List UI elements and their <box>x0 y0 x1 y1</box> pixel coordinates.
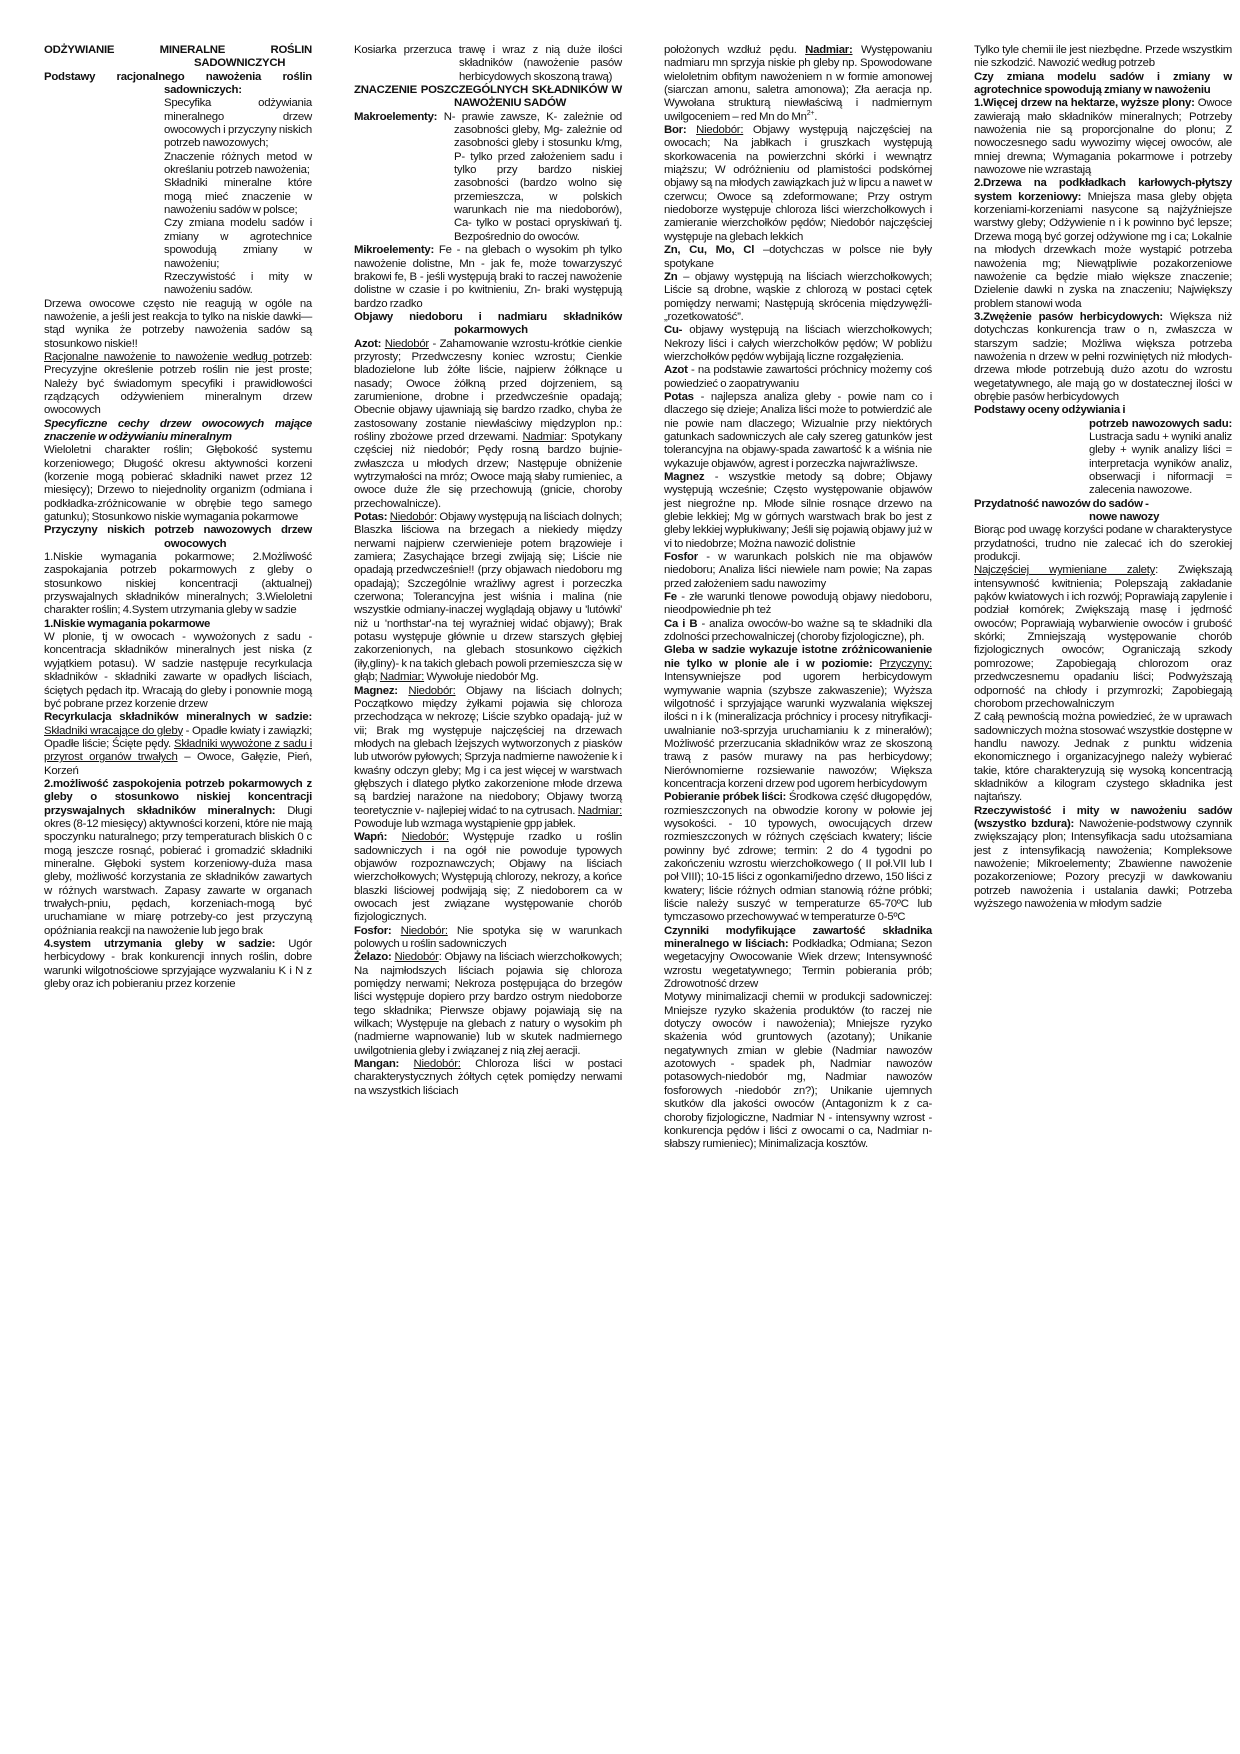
iron-assessment-label: Fe <box>664 591 677 603</box>
certainty-paragraph: Z całą pewnością można powiedzieć, że w … <box>974 711 1232 804</box>
magnesium-excess-label: Nadmiar: <box>578 805 622 817</box>
microelements-paragraph: Mikroelementy: Fe - na glebach o wysokim… <box>354 244 622 311</box>
document-page: ODŻYWIANIE MINERALNE ROŚLIN SADOWNICZYCH… <box>44 44 1194 1724</box>
manganese-label: Mangan: <box>354 1058 399 1070</box>
possibility-heading: 2.możliwość zaspokojenia potrzeb pokarmo… <box>44 778 312 817</box>
potassium-label: Potas: <box>354 511 387 523</box>
myths-text: Nawożenie-podstwowy czynnik zwiększający… <box>974 818 1232 910</box>
potassium-assessment-label: Potas <box>664 391 694 403</box>
recycling-paragraph: Recyrkulacja składników mineralnych w sa… <box>44 711 312 778</box>
assessment-rest: potrzeb nawozowych sadu: <box>1089 418 1232 430</box>
calcium-deficiency-label: Niedobór: <box>402 831 449 843</box>
soil-system-heading: 4.system utrzymania gleby w sadzie: <box>44 938 275 950</box>
zinc-label: Zn <box>664 271 677 283</box>
leaf-sampling-paragraph: Pobieranie próbek liści: Środkowa część … <box>664 791 932 924</box>
potassium-paragraph: Potas: Niedobór: Objawy występują na liś… <box>354 511 622 684</box>
basics-item: Specyfika odżywiania mineralnego drzew o… <box>164 97 312 150</box>
soil-system-paragraph: 4.system utrzymania gleby w sadzie: Ugór… <box>44 938 312 991</box>
change-heading: Czy zmiana modelu sadów i zmiany w agrot… <box>974 71 1232 98</box>
paragraph-rational: Racjonalne nawożenie to nawożenie według… <box>44 351 312 418</box>
document-title: ODŻYWIANIE MINERALNE ROŚLIN SADOWNICZYCH <box>44 44 312 71</box>
copper-text: objawy występują na liściach wierzchołko… <box>664 324 932 363</box>
mower-paragraph: Kosiarka przerzuca trawę i wraz z nią du… <box>354 44 622 84</box>
significance-rest: POSZCZEGÓLNYCH SKŁADNIKÓW W NAWOŻENIU SA… <box>421 84 622 109</box>
basics-item: Składniki mineralne które mogą mieć znac… <box>164 177 312 217</box>
iron-paragraph: Żelazo: Niedobór: Objawy na liściach wie… <box>354 951 622 1058</box>
zinc-text: – objawy występują na liściach wierzchoł… <box>664 271 932 323</box>
boron-text: Objawy występują najczęściej na owocach;… <box>664 124 932 243</box>
boron-label: Bor: <box>664 124 686 136</box>
potassium-excess-label: Nadmiar: <box>380 671 424 683</box>
new-fertilizers-lead: Przydatność nawozów do sadów - <box>974 498 1232 511</box>
nitrogen-excess-label: Nadmiar <box>523 431 564 443</box>
nitrogen-deficiency-label: Niedobór <box>385 338 429 350</box>
more-trees-label: 1.Więcej drzew na hektarze, wyższe plony… <box>974 97 1195 109</box>
low-requirements-text: W plonie, tj w owocach - wywożonych z sa… <box>44 631 312 711</box>
iron-deficiency-text: : Objawy na liściach wierzchołkowych; Na… <box>354 951 622 1056</box>
boron-deficiency-label: Niedobór: <box>696 124 743 136</box>
basics-item: Znaczenie różnych metod w określaniu pot… <box>164 151 312 178</box>
leaf-sampling-text: Środkowa część długopędów, rozmieszczony… <box>664 791 932 923</box>
motives-paragraph: Motywy minimalizacji chemii w produkcji … <box>664 991 932 1151</box>
possibility-text: Długi okres (8-12 miesięcy) aktywności k… <box>44 805 312 937</box>
soil-variation-text: Intensywniejsze pod ugorem herbicydowym … <box>664 671 932 790</box>
copper-paragraph: Cu- objawy występują na liściach wierzch… <box>664 324 932 364</box>
basics-item: Rzeczywistość i mity w nawożeniu sadów. <box>164 271 312 298</box>
causes-text: 1.Niskie wymagania pokarmowe; 2.Możliwoś… <box>44 551 312 618</box>
dwarf-rootstock-text: Mniejsza masa gleby objęta korzeniami-ko… <box>974 191 1232 310</box>
potassium-deficiency-label: Niedobór <box>390 511 434 523</box>
calcium-boron-label: Ca i B <box>664 618 697 630</box>
advantages-label: Najczęściej wymieniane zalety <box>974 564 1155 576</box>
assessment-lead: Podstawy oceny odżywiania i <box>974 404 1232 417</box>
significance-heading: ZNACZENIE POSZCZEGÓLNYCH SKŁADNIKÓW W NA… <box>354 84 622 111</box>
nitrogen-assessment-text: - na podstawie zawartości próchnicy może… <box>664 364 932 389</box>
low-requirements-heading: 1.Niskie wymagania pokarmowe <box>44 618 312 631</box>
rational-label: Racjonalne nawożenie to nawożenie według… <box>44 351 309 363</box>
mower-lead: Kosiarka przerzuca <box>354 44 451 56</box>
basics-section: Podstawy racjonalnego nawożenia roślin s… <box>44 71 312 98</box>
calcium-paragraph: Wapń: Niedobór: Występuje rzadko u rośli… <box>354 831 622 924</box>
copper-label: Cu- <box>664 324 682 336</box>
manganese-ion-superscript: 2+ <box>807 110 814 117</box>
phosphorus-assessment-text: - w warunkach polskich nie ma objawów ni… <box>664 551 932 590</box>
more-trees-paragraph: 1.Więcej drzew na hektarze, wyższe plony… <box>974 97 1232 177</box>
calcium-deficiency-text: Występuje rzadko u roślin sadowniczych i… <box>354 831 622 923</box>
calcium-boron-text: - analiza owoców-bo ważne są te składnik… <box>664 618 932 643</box>
phosphorus-paragraph: Fosfor: Niedobór: Nie spotyka się w waru… <box>354 925 622 952</box>
causes-heading: Przyczyny niskich potrzeb nawozowych drz… <box>44 524 312 551</box>
phosphorus-assessment-label: Fosfor <box>664 551 698 563</box>
potassium-assessment-text: - najlepsza analiza gleby - powie nam co… <box>664 391 932 470</box>
macroelements-paragraph: Makroelementy: N- prawie zawsze, K- zale… <box>354 111 622 244</box>
potassium-deficiency-text: : Objawy występują na liściach dolnych; … <box>354 511 622 683</box>
specific-heading: Specyficzne cechy drzew owocowych mające… <box>44 418 312 445</box>
paragraph-trees-reaction: Drzewa owocowe często nie reagują w ogól… <box>44 298 312 351</box>
dwarf-rootstock-paragraph: 2.Drzewa na podkładkach karłowych-płytsz… <box>974 177 1232 310</box>
assessment-paragraph: potrzeb nawozowych sadu: Lustracja sadu … <box>974 418 1232 498</box>
iron-label: Żelazo: <box>354 951 392 963</box>
microelements-label: Mikroelementy: <box>354 244 434 256</box>
recycling-heading: Recyrkulacja składników mineralnych w sa… <box>44 711 312 723</box>
zinc-paragraph: Zn – objawy występują na liściach wierzc… <box>664 271 932 324</box>
factors-paragraph: Czynniki modyfikujące zawartość składnik… <box>664 925 932 992</box>
motives-lead: Motywy minimalizacji chemii w produkcji … <box>664 991 932 1003</box>
boron-paragraph: Bor: Niedobór: Objawy występują najczęśc… <box>664 124 932 244</box>
manganese-continued-text: położonych wzdłuż pędu. <box>664 44 805 56</box>
soil-causes-label: Przyczyny: <box>879 658 932 670</box>
column-3: położonych wzdłuż pędu. Nadmiar: Występo… <box>664 44 932 1152</box>
nitrogen-paragraph: Azot: Niedobór - Zahamowanie wzrostu-kró… <box>354 338 622 511</box>
macroelements-label: Makroelementy: <box>354 111 437 123</box>
column-2: Kosiarka przerzuca trawę i wraz z nią du… <box>354 44 622 1098</box>
manganese-deficiency-label: Niedobór: <box>414 1058 461 1070</box>
phosphorus-deficiency-label: Niedobór: <box>401 925 448 937</box>
new-fertilizers-text: Biorąc pod uwagę korzyści podane w chara… <box>974 524 1232 564</box>
myths-paragraph: Rzeczywistość i mity w nawożeniu sadów (… <box>974 805 1232 912</box>
potassium-assessment: Potas - najlepsza analiza gleby - powie … <box>664 391 932 471</box>
calcium-label: Wapń: <box>354 831 387 843</box>
column-4: Tylko tyle chemii ile jest niezbędne. Pr… <box>974 44 1232 911</box>
new-fertilizers-rest: nowe nawozy <box>974 511 1232 524</box>
phosphorus-assessment: Fosfor - w warunkach polskich nie ma obj… <box>664 551 932 591</box>
specific-text: Wieloletni charakter roślin; Głębokość s… <box>44 444 312 524</box>
soil-variation-paragraph: Gleba w sadzie wykazuje istotne zróżnico… <box>664 644 932 791</box>
magnesium-assessment: Magnez - wszystkie metody są dobre; Obja… <box>664 471 932 551</box>
macroelements-text: N- prawie zawsze, K- zależnie od zasobno… <box>444 111 622 243</box>
narrow-strips-paragraph: 3.Zwężenie pasów herbicydowych: Większa … <box>974 311 1232 404</box>
possibility-paragraph: 2.możliwość zaspokojenia potrzeb pokarmo… <box>44 778 312 938</box>
motives-text: Mniejsze ryzyko skażenia produktów (to r… <box>664 1005 932 1150</box>
mower-rest: trawę i wraz z nią duże ilości składnikó… <box>459 44 622 83</box>
phosphorus-label: Fosfor: <box>354 925 391 937</box>
nitrogen-assessment-label: Azot <box>664 364 688 376</box>
nitrogen-assessment: Azot - na podstawie zawartości próchnicy… <box>664 364 932 391</box>
nitrogen-label: Azot: <box>354 338 381 350</box>
advantages-text: : Zwiększają intensywność kwitnienia; Po… <box>974 564 1232 709</box>
column-1: ODŻYWIANIE MINERALNE ROŚLIN SADOWNICZYCH… <box>44 44 312 991</box>
manganese-paragraph: Mangan: Niedobór: Chloroza liści w posta… <box>354 1058 622 1098</box>
leaf-sampling-label: Pobieranie próbek liści: <box>664 791 786 803</box>
zncu-paragraph: Zn, Cu, Mo, Cl –dotychczas w polsce nie … <box>664 244 932 271</box>
phosphorus-deficiency-text: Nie spotyka się w warunkach polowych u r… <box>354 925 622 950</box>
intro-paragraph: Tylko tyle chemii ile jest niezbędne. Pr… <box>974 44 1232 71</box>
assessment-text: Lustracja sadu + wyniki analiz gleby + w… <box>1089 431 1232 496</box>
symptoms-heading: Objawy niedoboru i nadmiaru składników p… <box>354 311 622 338</box>
significance-lead: ZNACZENIE <box>354 84 417 96</box>
magnesium-deficiency-label: Niedobór: <box>408 685 455 697</box>
magnesium-excess-text: Powoduje lub wzmaga wystąpienie gpp jabł… <box>354 818 576 830</box>
nitrogen-deficiency-text: - Zahamowanie wzrostu-krótkie cienkie pr… <box>354 338 622 443</box>
manganese-continued: położonych wzdłuż pędu. Nadmiar: Występo… <box>664 44 932 124</box>
manganese-excess-label: Nadmiar: <box>805 44 852 56</box>
recycling-returning-label: Składniki wracające do gleby <box>44 725 183 737</box>
calcium-boron-assessment: Ca i B - analiza owoców-bo ważne są te s… <box>664 618 932 645</box>
magnesium-paragraph: Magnez: Niedobór: Objawy na liściach dol… <box>354 685 622 832</box>
iron-assessment: Fe - złe warunki tlenowe powodują objawy… <box>664 591 932 618</box>
basics-item: Czy zmiana modelu sadów i zmiany w agrot… <box>164 217 312 270</box>
narrow-strips-label: 3.Zwężenie pasów herbicydowych: <box>974 311 1163 323</box>
zncu-label: Zn, Cu, Mo, Cl <box>664 244 754 256</box>
basics-heading: Podstawy racjonalnego nawożenia roślin s… <box>44 71 312 96</box>
potassium-excess-text: Wywołuje niedobór Mg. <box>424 671 538 683</box>
advantages-paragraph: Najczęściej wymieniane zalety: Zwiększaj… <box>974 564 1232 711</box>
magnesium-assessment-label: Magnez <box>664 471 704 483</box>
iron-assessment-text: - złe warunki tlenowe powodują objawy ni… <box>664 591 932 616</box>
magnesium-label: Magnez: <box>354 685 398 697</box>
iron-deficiency-label: Niedobór <box>394 951 438 963</box>
magnesium-assessment-text: - wszystkie metody są dobre; Objawy wyst… <box>664 471 932 550</box>
narrow-strips-text: Większa niż dotychczas konkurencja traw … <box>974 311 1232 403</box>
basics-list: Specyfika odżywiania mineralnego drzew o… <box>44 97 312 297</box>
magnesium-deficiency-text: Objawy na liściach dolnych; Początkowo m… <box>354 685 622 817</box>
